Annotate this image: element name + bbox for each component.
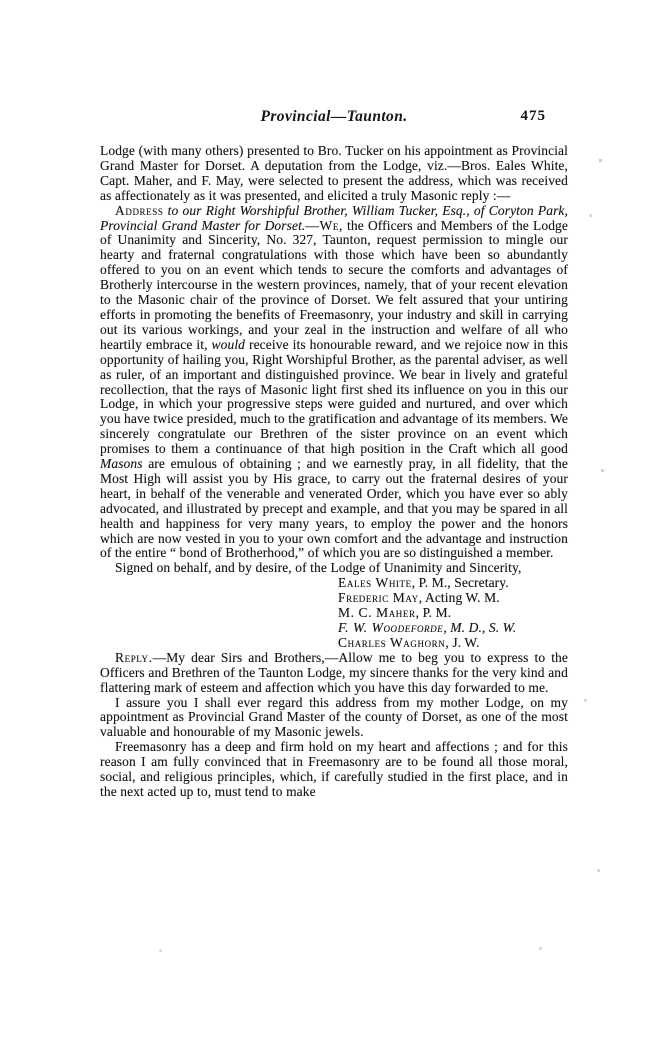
text-segment: are emulous of obtaining ; and we earnes…: [100, 456, 568, 560]
paragraph-intro: Lodge (with many others) presented to Br…: [100, 144, 568, 204]
paragraph-reply-second: I assure you I shall ever regard this ad…: [100, 696, 568, 741]
text-segment: Reply.: [115, 650, 153, 665]
text-segment: Frederic May: [338, 590, 419, 605]
text-segment: —We,: [305, 218, 343, 233]
signature-line: Charles Waghorn, J. W.: [338, 636, 568, 651]
scanned-page: { "header": { "title": "Provincial\u2014…: [0, 0, 668, 1039]
page-header: Provincial—Taunton. 475: [100, 108, 568, 130]
text-segment: Eales White: [338, 575, 412, 590]
text-segment: the Officers and Members of the Lodge of…: [100, 218, 568, 352]
paragraph-reply-third: Freemasonry has a deep and firm hold on …: [100, 740, 568, 800]
text-segment: I assure you I shall ever regard this ad…: [100, 695, 568, 740]
text-segment: , M. D., S. W.: [443, 620, 516, 635]
text-segment: Lodge (with many others) presented to Br…: [100, 143, 568, 203]
page-number: 475: [521, 108, 547, 125]
paragraph-address: Address to our Right Worshipful Brother,…: [100, 204, 568, 562]
text-segment: , P. M., Secretary.: [412, 575, 509, 590]
paragraph-reply: Reply.—My dear Sirs and Brothers,—Allow …: [100, 651, 568, 696]
text-segment: Masons: [100, 456, 143, 471]
text-segment: receive its honourable reward, and we re…: [100, 337, 568, 456]
paragraph-signed: Signed on behalf, and by desire, of the …: [100, 561, 568, 576]
signature-line: Eales White, P. M., Secretary.: [338, 576, 568, 591]
text-segment: Charles Waghorn: [338, 635, 445, 650]
signature-line: Frederic May, Acting W. M.: [338, 591, 568, 606]
text-segment: M. C. Maher: [338, 605, 416, 620]
signature-line: M. C. Maher, P. M.: [338, 606, 568, 621]
text-segment: F. W. Woodeforde: [338, 620, 443, 635]
page-content: Provincial—Taunton. 475 Lodge (with many…: [100, 108, 568, 800]
signature-block: Eales White, P. M., Secretary.Frederic M…: [338, 576, 568, 651]
running-title: Provincial—Taunton.: [261, 108, 408, 125]
text-segment: —My dear Sirs and Brothers,—Allow me to …: [100, 650, 568, 695]
text-segment: Address: [115, 203, 163, 218]
text-segment: would: [212, 337, 246, 352]
text-segment: , P. M.: [416, 605, 452, 620]
text-segment: , Acting W. M.: [419, 590, 500, 605]
signature-line: F. W. Woodeforde, M. D., S. W.: [338, 621, 568, 636]
document-body: Lodge (with many others) presented to Br…: [100, 144, 568, 800]
text-segment: , J. W.: [445, 635, 479, 650]
text-segment: Signed on behalf, and by desire, of the …: [115, 560, 521, 575]
text-segment: Freemasonry has a deep and firm hold on …: [100, 739, 568, 799]
scan-noise-layer: [0, 0, 1, 1]
